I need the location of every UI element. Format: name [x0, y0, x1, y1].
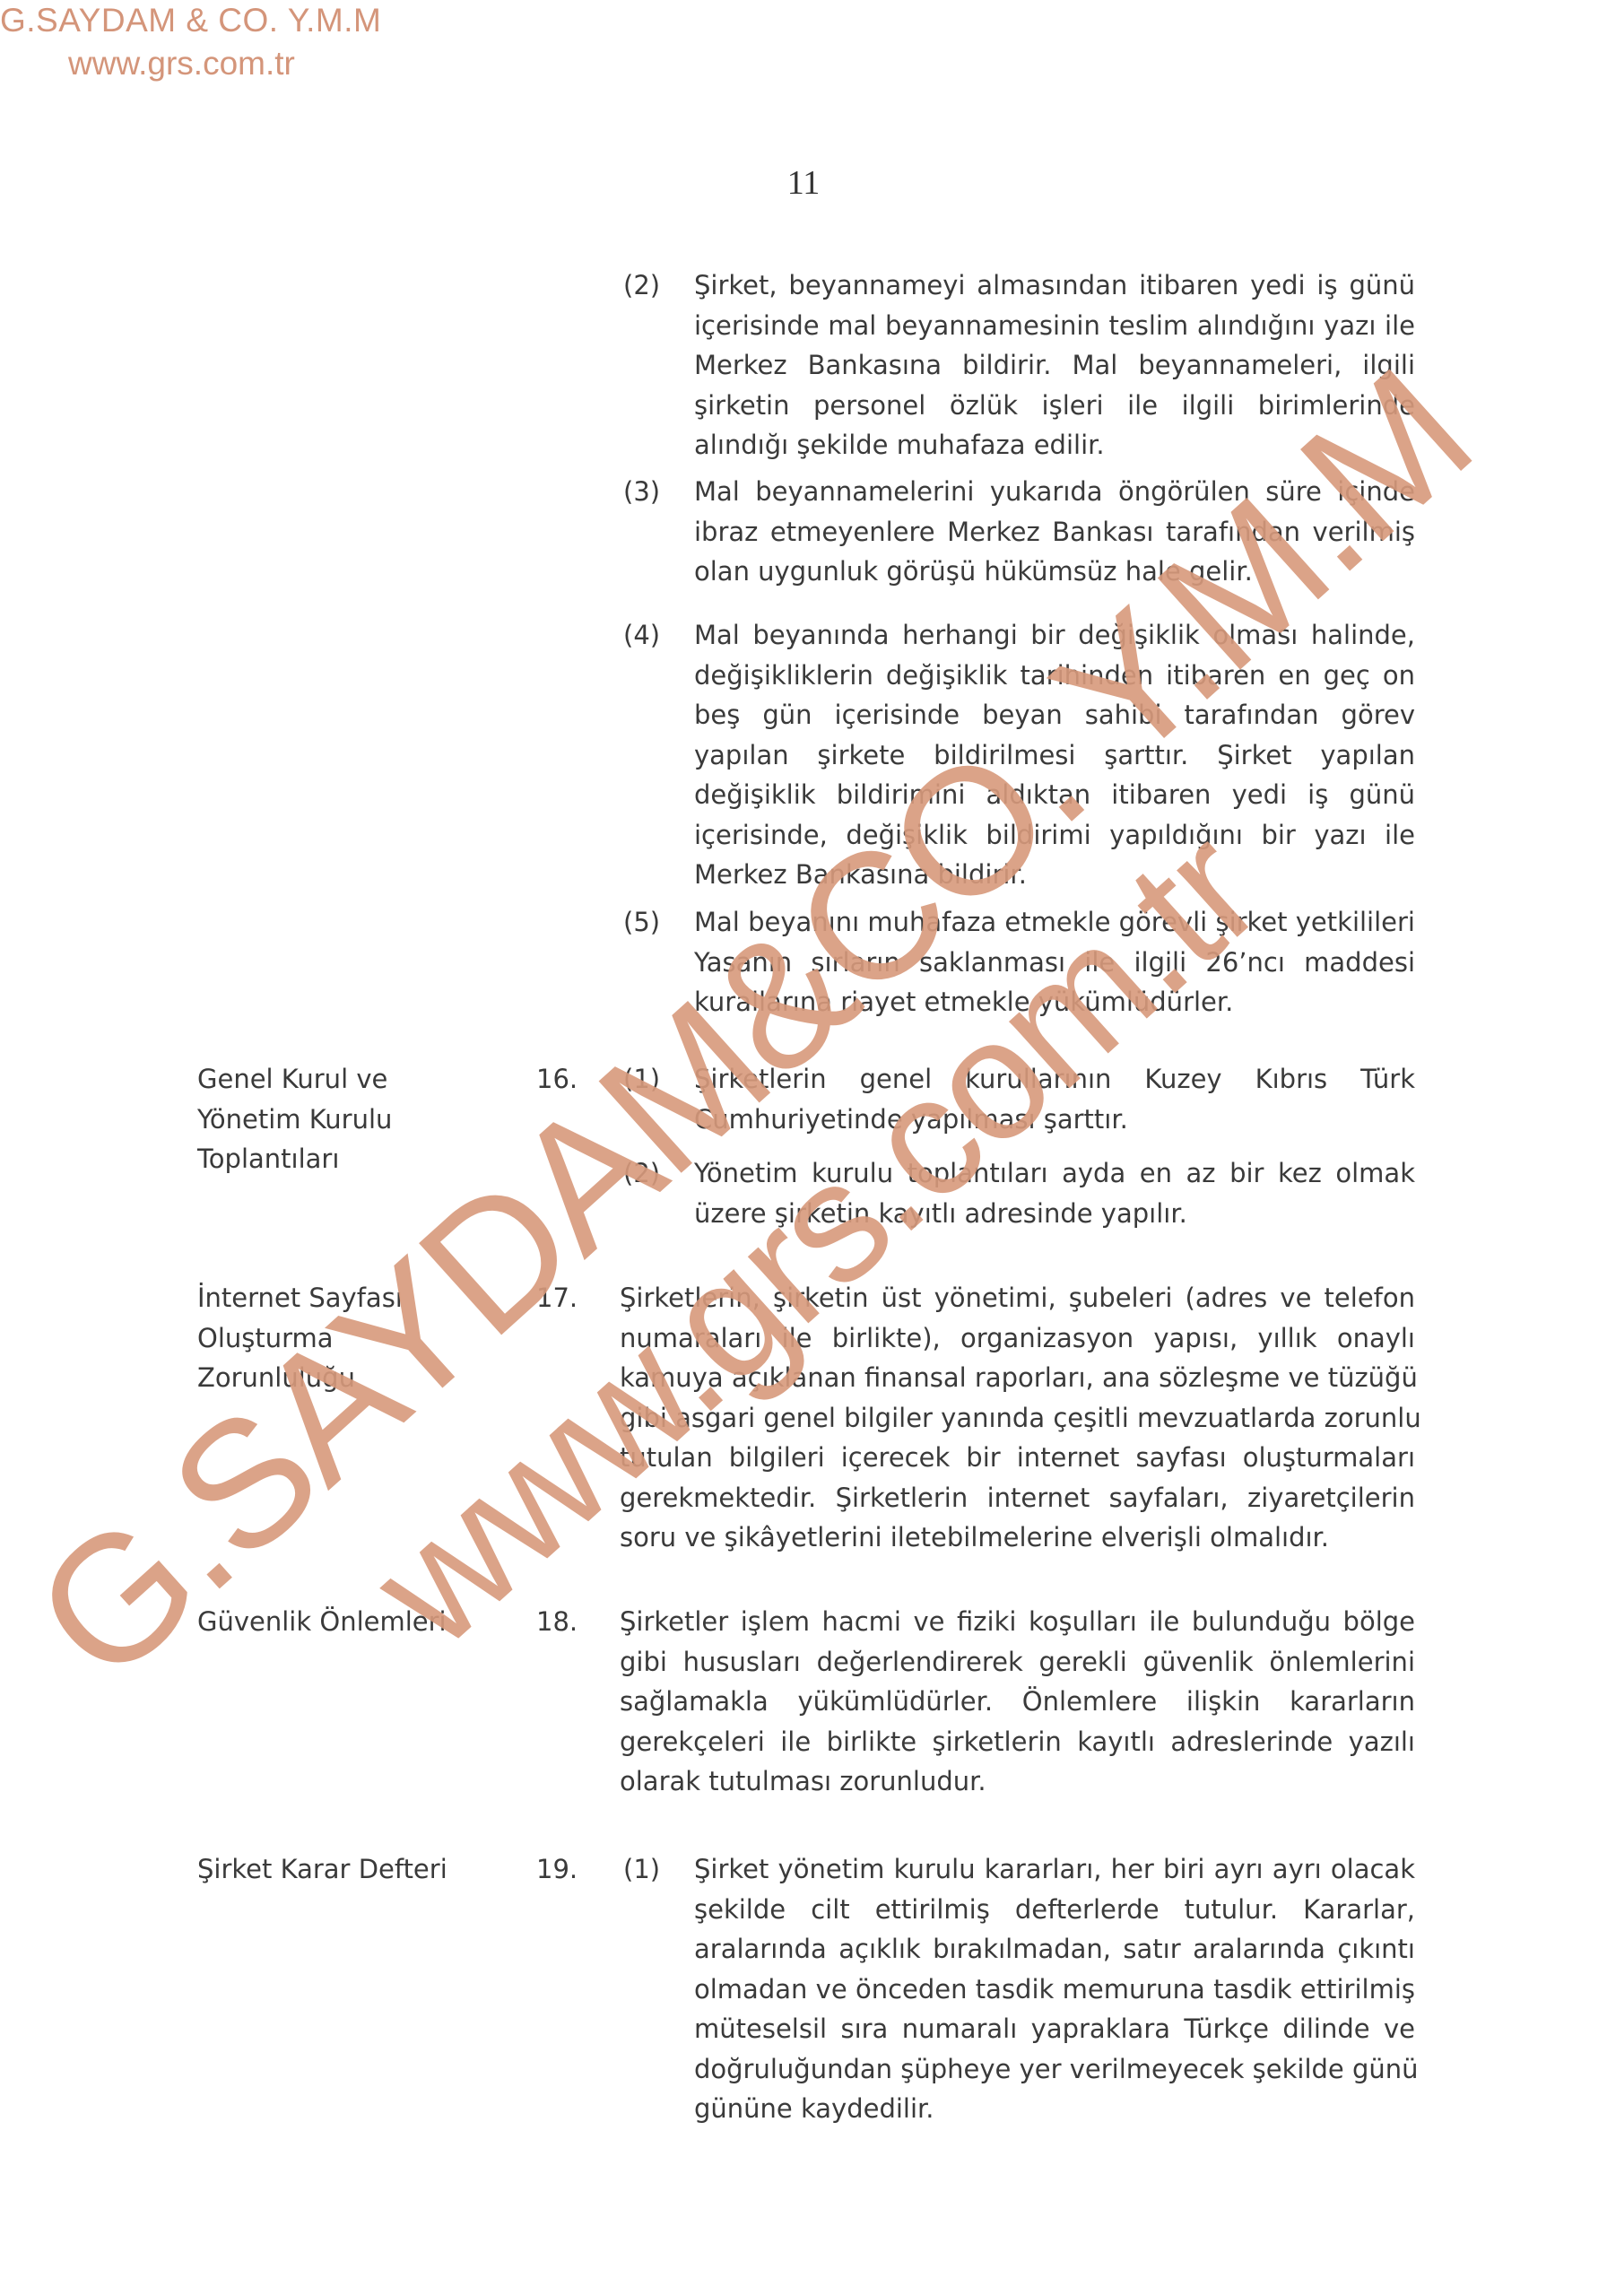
text-line: şekilde cilt ettirilmiş defterlerde tutu… [694, 1890, 1415, 1930]
text-line: Genel Kurul ve [197, 1059, 502, 1100]
article-heading: Şirket Karar Defteri [197, 1849, 502, 1890]
text-line: Mal beyanında herhangi bir değişiklik ol… [694, 615, 1415, 656]
text-line: Merkez Bankasına bildirir. [694, 855, 1415, 895]
text-line: olarak tutulması zorunludur. [620, 1761, 1415, 1802]
item-text: Mal beyanını muhafaza etmekle görevli şi… [694, 902, 1415, 1022]
text-line: Mal beyanını muhafaza etmekle görevli şi… [694, 902, 1415, 943]
text-line: Zorunluluğu [197, 1358, 502, 1398]
page-number: 11 [0, 163, 1607, 203]
text-line: Yasanın sırların saklanması ile ilgili 2… [694, 943, 1415, 983]
article-number: 17. [536, 1278, 578, 1318]
text-line: Toplantıları [197, 1139, 502, 1179]
item-text: Şirket, beyannameyi almasından itibaren … [694, 265, 1415, 465]
text-line: gününe kaydedilir. [694, 2089, 1415, 2129]
item-number: (4) [623, 615, 660, 656]
text-line: gibi asgari genel bilgiler yanında çeşit… [620, 1398, 1415, 1439]
article-number: 19. [536, 1849, 578, 1890]
text-line: Merkez Bankasına bildirir. Mal beyanname… [694, 345, 1415, 386]
header-company-name: G.SAYDAM & CO. Y.M.M [0, 2, 381, 39]
item-number: (1) [623, 1059, 660, 1100]
text-line: Şirket, beyannameyi almasından itibaren … [694, 265, 1415, 306]
text-line: üzere şirketin kayıtlı adresinde yapılır… [694, 1194, 1415, 1234]
item-number: (3) [623, 472, 660, 512]
article-heading: İnternet SayfasıOluşturmaZorunluluğu [197, 1278, 502, 1398]
text-line: sağlamakla yükümlüdürler. Önlemlere iliş… [620, 1682, 1415, 1722]
item-number: (1) [623, 1849, 660, 1890]
text-line: Oluşturma [197, 1318, 502, 1359]
text-line: Yönetim Kurulu [197, 1100, 502, 1140]
text-line: aralarında açıklık bırakılmadan, satır a… [694, 1929, 1415, 1970]
item-text: Şirket yönetim kurulu kararları, her bir… [694, 1849, 1415, 2129]
text-line: müteselsil sıra numaralı yapraklara Türk… [694, 2009, 1415, 2049]
item-text: Mal beyannamelerini yukarıda öngörülen s… [694, 472, 1415, 592]
text-line: Şirketlerin genel kurullarının Kuzey Kıb… [694, 1059, 1415, 1100]
text-line: ibraz etmeyenlere Merkez Bankası tarafın… [694, 512, 1415, 552]
text-line: İnternet Sayfası [197, 1278, 502, 1318]
text-line: Mal beyannamelerini yukarıda öngörülen s… [694, 472, 1415, 512]
text-line: içerisinde, değişiklik bildirimi yapıldı… [694, 815, 1415, 856]
article-number: 16. [536, 1059, 578, 1100]
text-line: Şirket Karar Defteri [197, 1849, 502, 1890]
text-line: Güvenlik Önlemleri [197, 1602, 502, 1642]
article-heading: Genel Kurul veYönetim KuruluToplantıları [197, 1059, 502, 1179]
text-line: Şirket yönetim kurulu kararları, her bir… [694, 1849, 1415, 1890]
text-line: soru ve şikâyetlerini iletebilmelerine e… [620, 1518, 1415, 1558]
item-text: Mal beyanında herhangi bir değişiklik ol… [694, 615, 1415, 895]
item-text: Yönetim kurulu toplantıları ayda en az b… [694, 1153, 1415, 1233]
article-number: 18. [536, 1602, 578, 1642]
text-line: değişikliklerin değişiklik tarihinden it… [694, 656, 1415, 696]
text-line: doğruluğundan şüpheye yer verilmeyecek ş… [694, 2049, 1415, 2090]
text-line: gerekmektedir. Şirketlerin internet sayf… [620, 1478, 1415, 1518]
text-line: gibi hususları değerlendirerek gerekli g… [620, 1642, 1415, 1683]
article-text: Şirketler işlem hacmi ve fiziki koşullar… [620, 1602, 1415, 1802]
text-line: tutulan bilgileri içerecek bir internet … [620, 1438, 1415, 1478]
item-number: (2) [623, 1153, 660, 1194]
text-line: Şirketlerin, şirketin üst yönetimi, şube… [620, 1278, 1415, 1318]
text-line: beş gün içerisinde beyan sahibi tarafınd… [694, 695, 1415, 735]
text-line: şirketin personel özlük işleri ile ilgil… [694, 386, 1415, 426]
text-line: gerekçeleri ile birlikte şirketlerin kay… [620, 1722, 1415, 1762]
text-line: içerisinde mal beyannamesinin teslim alı… [694, 306, 1415, 346]
article-heading: Güvenlik Önlemleri [197, 1602, 502, 1642]
text-line: Yönetim kurulu toplantıları ayda en az b… [694, 1153, 1415, 1194]
header-website: www.grs.com.tr [68, 45, 295, 83]
text-line: olan uygunluk görüşü hükümsüz hale gelir… [694, 552, 1415, 592]
text-line: değişiklik bildirimini aldıktan itibaren… [694, 775, 1415, 815]
text-line: yapılan şirkete bildirilmesi şarttır. Şi… [694, 735, 1415, 776]
text-line: numaraları ile birlikte), organizasyon y… [620, 1318, 1415, 1359]
text-line: Cumhuriyetinde yapılması şarttır. [694, 1100, 1415, 1140]
item-number: (5) [623, 902, 660, 943]
text-line: kamuya açıklanan finansal raporları, ana… [620, 1358, 1415, 1398]
text-line: Şirketler işlem hacmi ve fiziki koşullar… [620, 1602, 1415, 1642]
text-line: olmadan ve önceden tasdik memuruna tasdi… [694, 1970, 1415, 2010]
article-text: Şirketlerin, şirketin üst yönetimi, şube… [620, 1278, 1415, 1558]
text-line: kurallarına riayet etmekle yükümlüdürler… [694, 982, 1415, 1022]
text-line: alındığı şekilde muhafaza edilir. [694, 425, 1415, 465]
item-text: Şirketlerin genel kurullarının Kuzey Kıb… [694, 1059, 1415, 1139]
item-number: (2) [623, 265, 660, 306]
